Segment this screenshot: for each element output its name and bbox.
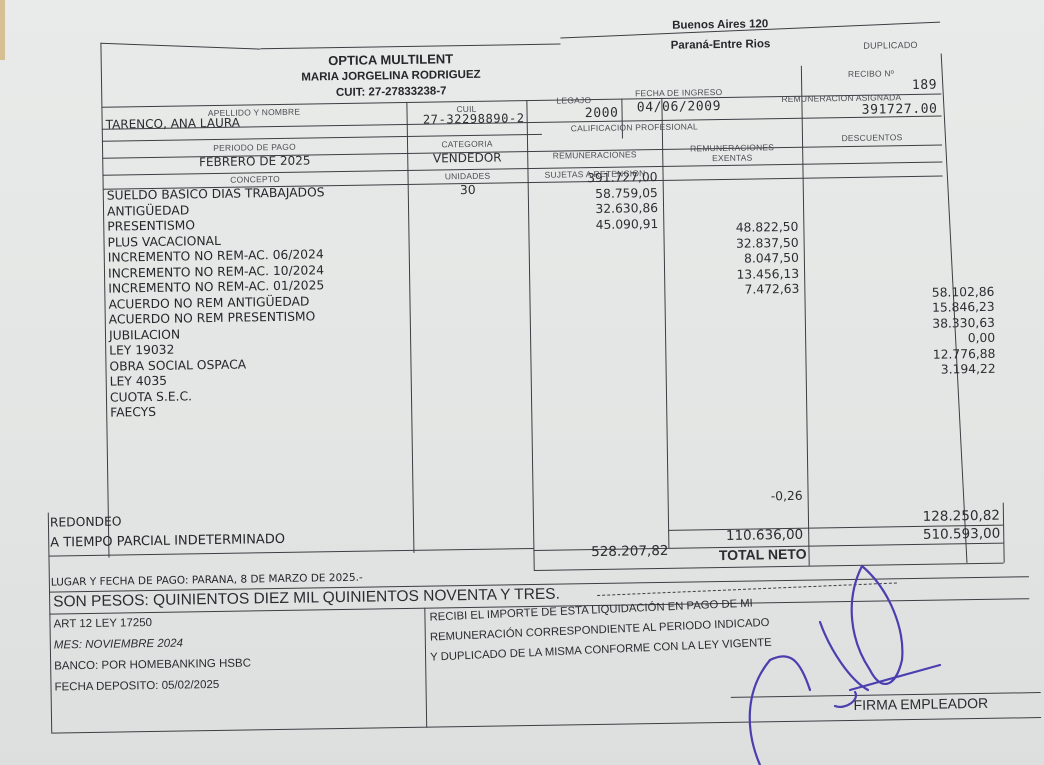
employer-signature <box>0 0 1044 765</box>
